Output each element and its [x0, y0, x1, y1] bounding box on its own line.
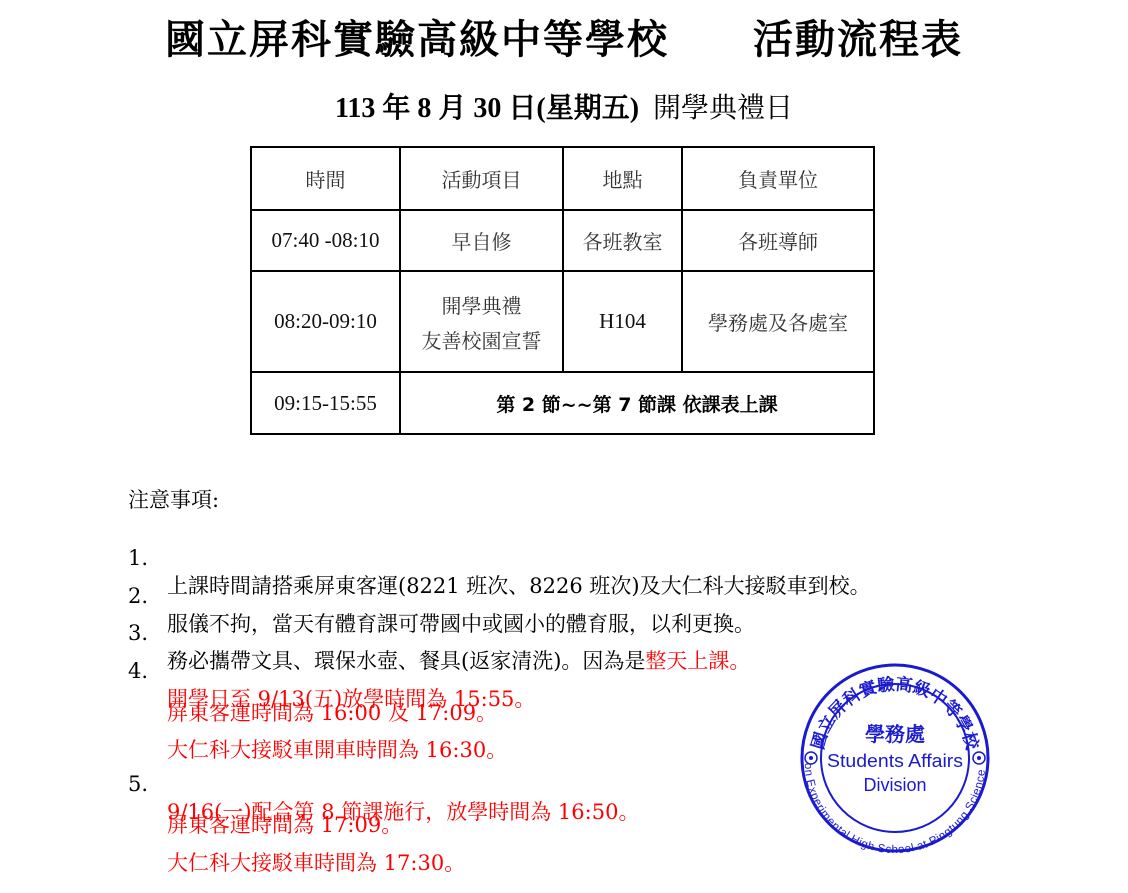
note-text: 上課時間請搭乘屏東客運(8221 班次、8226 班次)及大仁科大接駁車到校。 — [167, 570, 871, 600]
note-text: 屏東客運時間為 17:09。 — [167, 809, 402, 839]
schedule-table: 時間 活動項目 地點 負責單位 07:40 -08:10 早自修 各班教室 各班… — [250, 146, 875, 435]
event-date: 113 年 8 月 30 日(星期五) — [335, 93, 639, 124]
activity-line-2: 友善校園宣誓 — [401, 325, 562, 354]
notes-heading: 注意事項: — [128, 484, 219, 514]
event-name: 開學典禮日 — [653, 93, 793, 124]
column-header-location: 地點 — [563, 147, 682, 210]
cell-time: 09:15-15:55 — [251, 372, 400, 434]
note-text-highlight: 整天上課。 — [645, 649, 750, 673]
cell-location: H104 — [563, 271, 682, 372]
cell-time: 07:40 -08:10 — [251, 210, 400, 271]
note-text: 大仁科大接駁車開車時間為 16:30。 — [167, 734, 507, 764]
note-text: 屏東客運時間為 16:00 及 17:09。 — [167, 697, 497, 727]
plum-blossom-icon — [805, 752, 817, 764]
table-row: 09:15-15:55 第 2 節~~第 7 節課 依課表上課 — [251, 372, 874, 434]
cell-activity: 開學典禮 友善校園宣誓 — [400, 271, 563, 372]
table-row: 08:20-09:10 開學典禮 友善校園宣誓 H104 學務處及各處室 — [251, 271, 874, 372]
note-text: 務必攜帶文具、環保水壺、餐具(返家清洗)。因為是整天上課。 — [167, 645, 750, 675]
cell-merged-activity: 第 2 節~~第 7 節課 依課表上課 — [400, 372, 874, 434]
column-header-time: 時間 — [251, 147, 400, 210]
column-header-activity: 活動項目 — [400, 147, 563, 210]
note-text: 服儀不拘，當天有體育課可帶國中或國小的體育服，以利更換。 — [167, 608, 755, 638]
stamp-center-title: 學務處 — [864, 722, 925, 746]
document-title: 國立屏科實驗高級中等學校 活動流程表 — [0, 8, 1128, 65]
document-subtitle: 113 年 8 月 30 日(星期五) 開學典禮日 — [0, 86, 1128, 126]
activity-line-1: 開學典禮 — [442, 294, 522, 318]
note-text: 大仁科大接駁車時間為 17:30。 — [167, 847, 465, 877]
stamp-center-line1: Students Affairs — [827, 751, 963, 771]
table-row: 07:40 -08:10 早自修 各班教室 各班導師 — [251, 210, 874, 271]
cell-location: 各班教室 — [563, 210, 682, 271]
office-seal-stamp: 國立屏科實驗高級中等學校 Nation Experimental High Sc… — [800, 663, 990, 853]
cell-unit: 學務處及各處室 — [682, 271, 874, 372]
column-header-unit: 負責單位 — [682, 147, 874, 210]
cell-time: 08:20-09:10 — [251, 271, 400, 372]
note-item-continuation: 大仁科大接駁車時間為 17:30。 — [128, 823, 155, 893]
cell-activity: 早自修 — [400, 210, 563, 271]
cell-unit: 各班導師 — [682, 210, 874, 271]
plum-blossom-icon — [973, 752, 985, 764]
stamp-center-line2: Division — [863, 775, 926, 795]
note-text-normal: 務必攜帶文具、環保水壺、餐具(返家清洗)。因為是 — [167, 649, 645, 673]
table-header-row: 時間 活動項目 地點 負責單位 — [251, 147, 874, 210]
